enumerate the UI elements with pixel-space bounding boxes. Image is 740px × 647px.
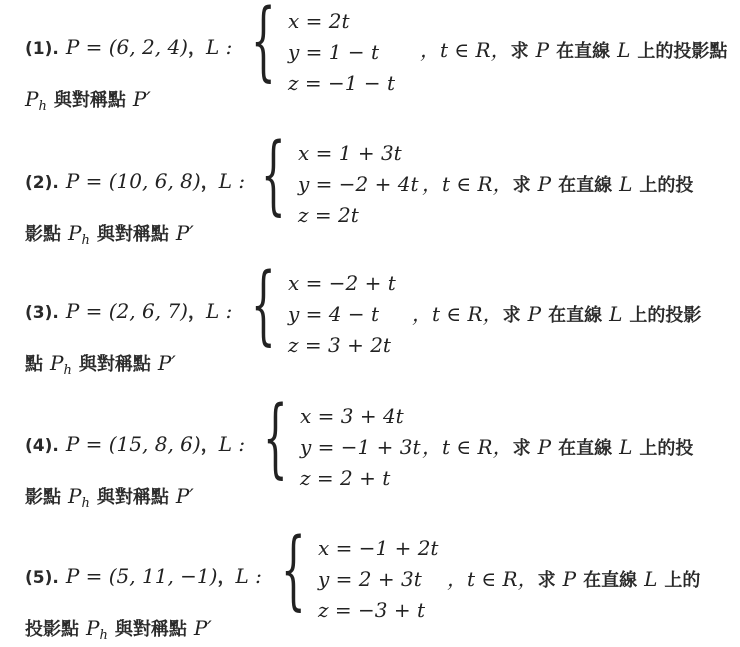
left-brace-icon: { [281, 527, 306, 613]
equation-z: z = 3 + 2t [288, 330, 396, 361]
param-domain: ，t ∈ R， [422, 168, 513, 197]
left-brace-icon: { [251, 0, 276, 84]
prompt-text: 與對稱點 [54, 86, 126, 112]
line-name: L : [219, 169, 245, 193]
equation-x: x = 3 + 4t [300, 401, 421, 432]
prompt-text: 投影點 [25, 615, 79, 641]
line-symbol: L [644, 567, 657, 591]
equation-z: z = 2t [298, 200, 419, 231]
equation-y: y = 1 − t [288, 37, 395, 68]
prompt-text: 點 [25, 350, 43, 376]
equation-y: y = 2 + 3t [318, 564, 438, 595]
problem-4-prompt: ，t ∈ R， 求 P 在直線 L 上的投 [422, 431, 693, 460]
symmetric-point: P′ [133, 87, 151, 111]
point-definition: P = (15, 8, 6) [66, 432, 201, 456]
point-definition: P = (5, 11, −1) [66, 564, 218, 588]
left-brace-icon: { [263, 395, 288, 481]
problem-5-head: (5). P = (5, 11, −1) ， L : [25, 563, 262, 589]
line-name: L : [219, 432, 245, 456]
equation-x: x = −1 + 2t [318, 533, 438, 564]
symmetric-point: P′ [194, 616, 212, 640]
problem-3-head: (3). P = (2, 6, 7) ， L : [25, 298, 232, 324]
parametric-equations: x = 2t y = 1 − t z = −1 − t [288, 6, 395, 99]
problem-1-head: (1). P = (6, 2, 4) ， L : [25, 34, 232, 60]
comma: ， [201, 431, 219, 457]
comma: ， [217, 563, 235, 589]
comma: ， [188, 34, 206, 60]
prompt-text: 求 [538, 566, 556, 592]
param-domain: ，t ∈ R， [412, 298, 503, 327]
problem-4-prompt-continued: 影點 Ph 與對稱點 P′ [25, 483, 194, 511]
line-symbol: L [617, 38, 630, 62]
point-symbol: P [538, 435, 551, 459]
problem-5-prompt-continued: 投影點 Ph 與對稱點 P′ [25, 615, 212, 643]
parametric-equations: x = 1 + 3t y = −2 + 4t z = 2t [298, 138, 419, 231]
left-brace-icon: { [261, 132, 286, 218]
point-symbol: P [536, 38, 549, 62]
point-definition: P = (2, 6, 7) [66, 299, 188, 323]
point-symbol: P [528, 302, 541, 326]
point-definition: P = (6, 2, 4) [66, 35, 188, 59]
equation-y: y = −1 + 3t [300, 432, 421, 463]
param-domain: ，t ∈ R， [422, 431, 513, 460]
equation-z: z = −3 + t [318, 595, 438, 626]
prompt-text: 與對稱點 [97, 483, 169, 509]
projection-point: Ph [68, 484, 90, 511]
problem-label: (1). [25, 39, 59, 59]
equation-x: x = −2 + t [288, 268, 396, 299]
prompt-text: 上的投 [639, 434, 693, 460]
prompt-text: 求 [513, 434, 531, 460]
prompt-text: 與對稱點 [79, 350, 151, 376]
problem-3-prompt-continued: 點 Ph 與對稱點 P′ [25, 350, 176, 378]
left-brace-icon: { [251, 262, 276, 348]
comma: ， [201, 168, 219, 194]
projection-point: Ph [86, 616, 108, 643]
prompt-text: 上的投影點 [637, 37, 727, 63]
prompt-text: 求 [503, 301, 521, 327]
equation-z: z = 2 + t [300, 463, 421, 494]
prompt-text: 在直線 [558, 171, 612, 197]
prompt-text: 上的 [664, 566, 700, 592]
symmetric-point: P′ [158, 351, 176, 375]
prompt-text: 在直線 [548, 301, 602, 327]
problem-3-prompt: ，t ∈ R， 求 P 在直線 L 上的投影 [412, 298, 701, 327]
point-definition: P = (10, 6, 8) [66, 169, 201, 193]
problem-2-prompt-continued: 影點 Ph 與對稱點 P′ [25, 220, 194, 248]
prompt-text: 在直線 [558, 434, 612, 460]
equation-z: z = −1 − t [288, 68, 395, 99]
parametric-equations: x = 3 + 4t y = −1 + 3t z = 2 + t [300, 401, 421, 494]
problem-label: (2). [25, 173, 59, 193]
projection-point: Ph [25, 87, 47, 114]
equation-y: y = −2 + 4t [298, 169, 419, 200]
equation-y: y = 4 − t [288, 299, 396, 330]
equation-x: x = 2t [288, 6, 395, 37]
problem-1-prompt: ，t ∈ R， 求 P 在直線 L 上的投影點 [420, 34, 727, 63]
problem-label: (5). [25, 568, 59, 588]
line-name: L : [235, 564, 261, 588]
point-symbol: P [563, 567, 576, 591]
prompt-text: 影點 [25, 220, 61, 246]
symmetric-point: P′ [176, 484, 194, 508]
problem-2-head: (2). P = (10, 6, 8) ， L : [25, 168, 245, 194]
comma: ， [188, 298, 206, 324]
prompt-text: 求 [513, 171, 531, 197]
line-symbol: L [619, 172, 632, 196]
problem-1-prompt-continued: Ph 與對稱點 P′ [25, 86, 151, 114]
param-domain: ，t ∈ R， [447, 563, 538, 592]
param-domain: ，t ∈ R， [420, 34, 511, 63]
parametric-equations: x = −1 + 2t y = 2 + 3t z = −3 + t [318, 533, 438, 626]
line-symbol: L [609, 302, 622, 326]
problem-5-prompt: ，t ∈ R， 求 P 在直線 L 上的 [447, 563, 700, 592]
problem-4-head: (4). P = (15, 8, 6) ， L : [25, 431, 245, 457]
prompt-text: 影點 [25, 483, 61, 509]
projection-point: Ph [68, 221, 90, 248]
parametric-equations: x = −2 + t y = 4 − t z = 3 + 2t [288, 268, 396, 361]
symmetric-point: P′ [176, 221, 194, 245]
prompt-text: 求 [511, 37, 529, 63]
equation-x: x = 1 + 3t [298, 138, 419, 169]
line-name: L : [206, 35, 232, 59]
line-symbol: L [619, 435, 632, 459]
problem-label: (3). [25, 303, 59, 323]
prompt-text: 與對稱點 [97, 220, 169, 246]
prompt-text: 與對稱點 [115, 615, 187, 641]
line-name: L : [206, 299, 232, 323]
prompt-text: 在直線 [583, 566, 637, 592]
problem-2-prompt: ，t ∈ R， 求 P 在直線 L 上的投 [422, 168, 693, 197]
prompt-text: 上的投影 [629, 301, 701, 327]
projection-point: Ph [50, 351, 72, 378]
problem-label: (4). [25, 436, 59, 456]
prompt-text: 上的投 [639, 171, 693, 197]
prompt-text: 在直線 [556, 37, 610, 63]
point-symbol: P [538, 172, 551, 196]
